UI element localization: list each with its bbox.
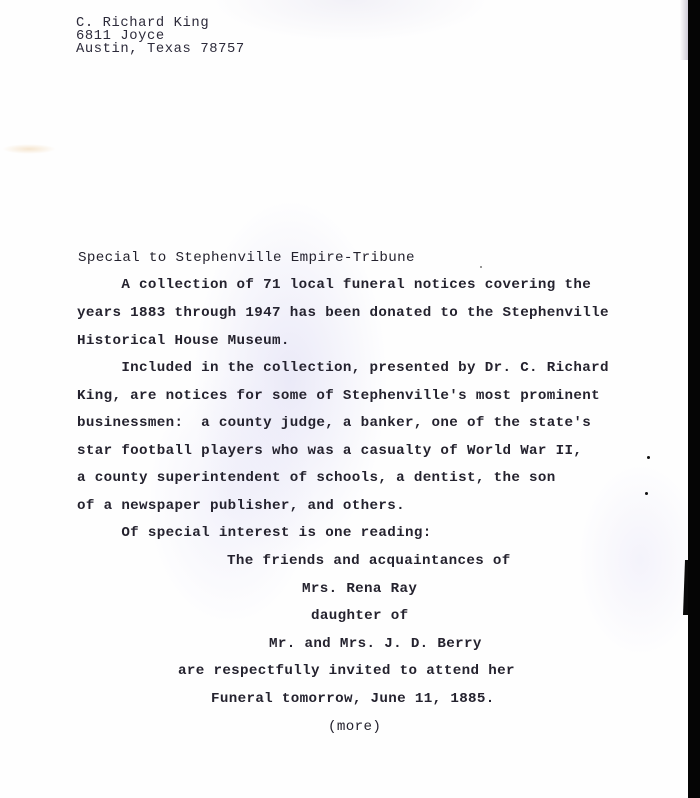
- sender-city: Austin, Texas 78757: [76, 43, 245, 57]
- body-line: Included in the collection, presented by…: [77, 360, 609, 376]
- body-line: A collection of 71 local funeral notices…: [77, 277, 591, 293]
- continuation-marker: (more): [328, 719, 381, 735]
- notice-line: Funeral tomorrow, June 11, 1885.: [211, 691, 495, 707]
- body-line: Historical House Museum.: [77, 333, 290, 349]
- paper-stain: [2, 144, 56, 154]
- notice-line: Mr. and Mrs. J. D. Berry: [269, 636, 482, 652]
- body-line: star football players who was a casualty…: [77, 443, 582, 459]
- body-line: King, are notices for some of Stephenvil…: [77, 388, 600, 404]
- notice-line: The friends and acquaintances of: [227, 553, 511, 569]
- typewritten-page: C. Richard King 6811 Joyce Austin, Texas…: [0, 0, 688, 798]
- ink-speck: [480, 266, 482, 268]
- body-line: Of special interest is one reading:: [77, 525, 432, 541]
- paper-edge-shadow: [680, 0, 688, 60]
- body-line: businessmen: a county judge, a banker, o…: [77, 415, 591, 431]
- notice-line: Mrs. Rena Ray: [302, 581, 417, 597]
- body-line: of a newspaper publisher, and others.: [77, 498, 405, 514]
- scan-border: [688, 0, 700, 798]
- body-line: a county superintendent of schools, a de…: [77, 470, 556, 486]
- ink-speck: [645, 492, 648, 495]
- dateline: Special to Stephenville Empire-Tribune: [78, 250, 415, 266]
- notice-line: are respectfully invited to attend her: [178, 663, 515, 679]
- notice-line: daughter of: [311, 608, 409, 624]
- ink-speck: [647, 456, 650, 459]
- body-line: years 1883 through 1947 has been donated…: [77, 305, 609, 321]
